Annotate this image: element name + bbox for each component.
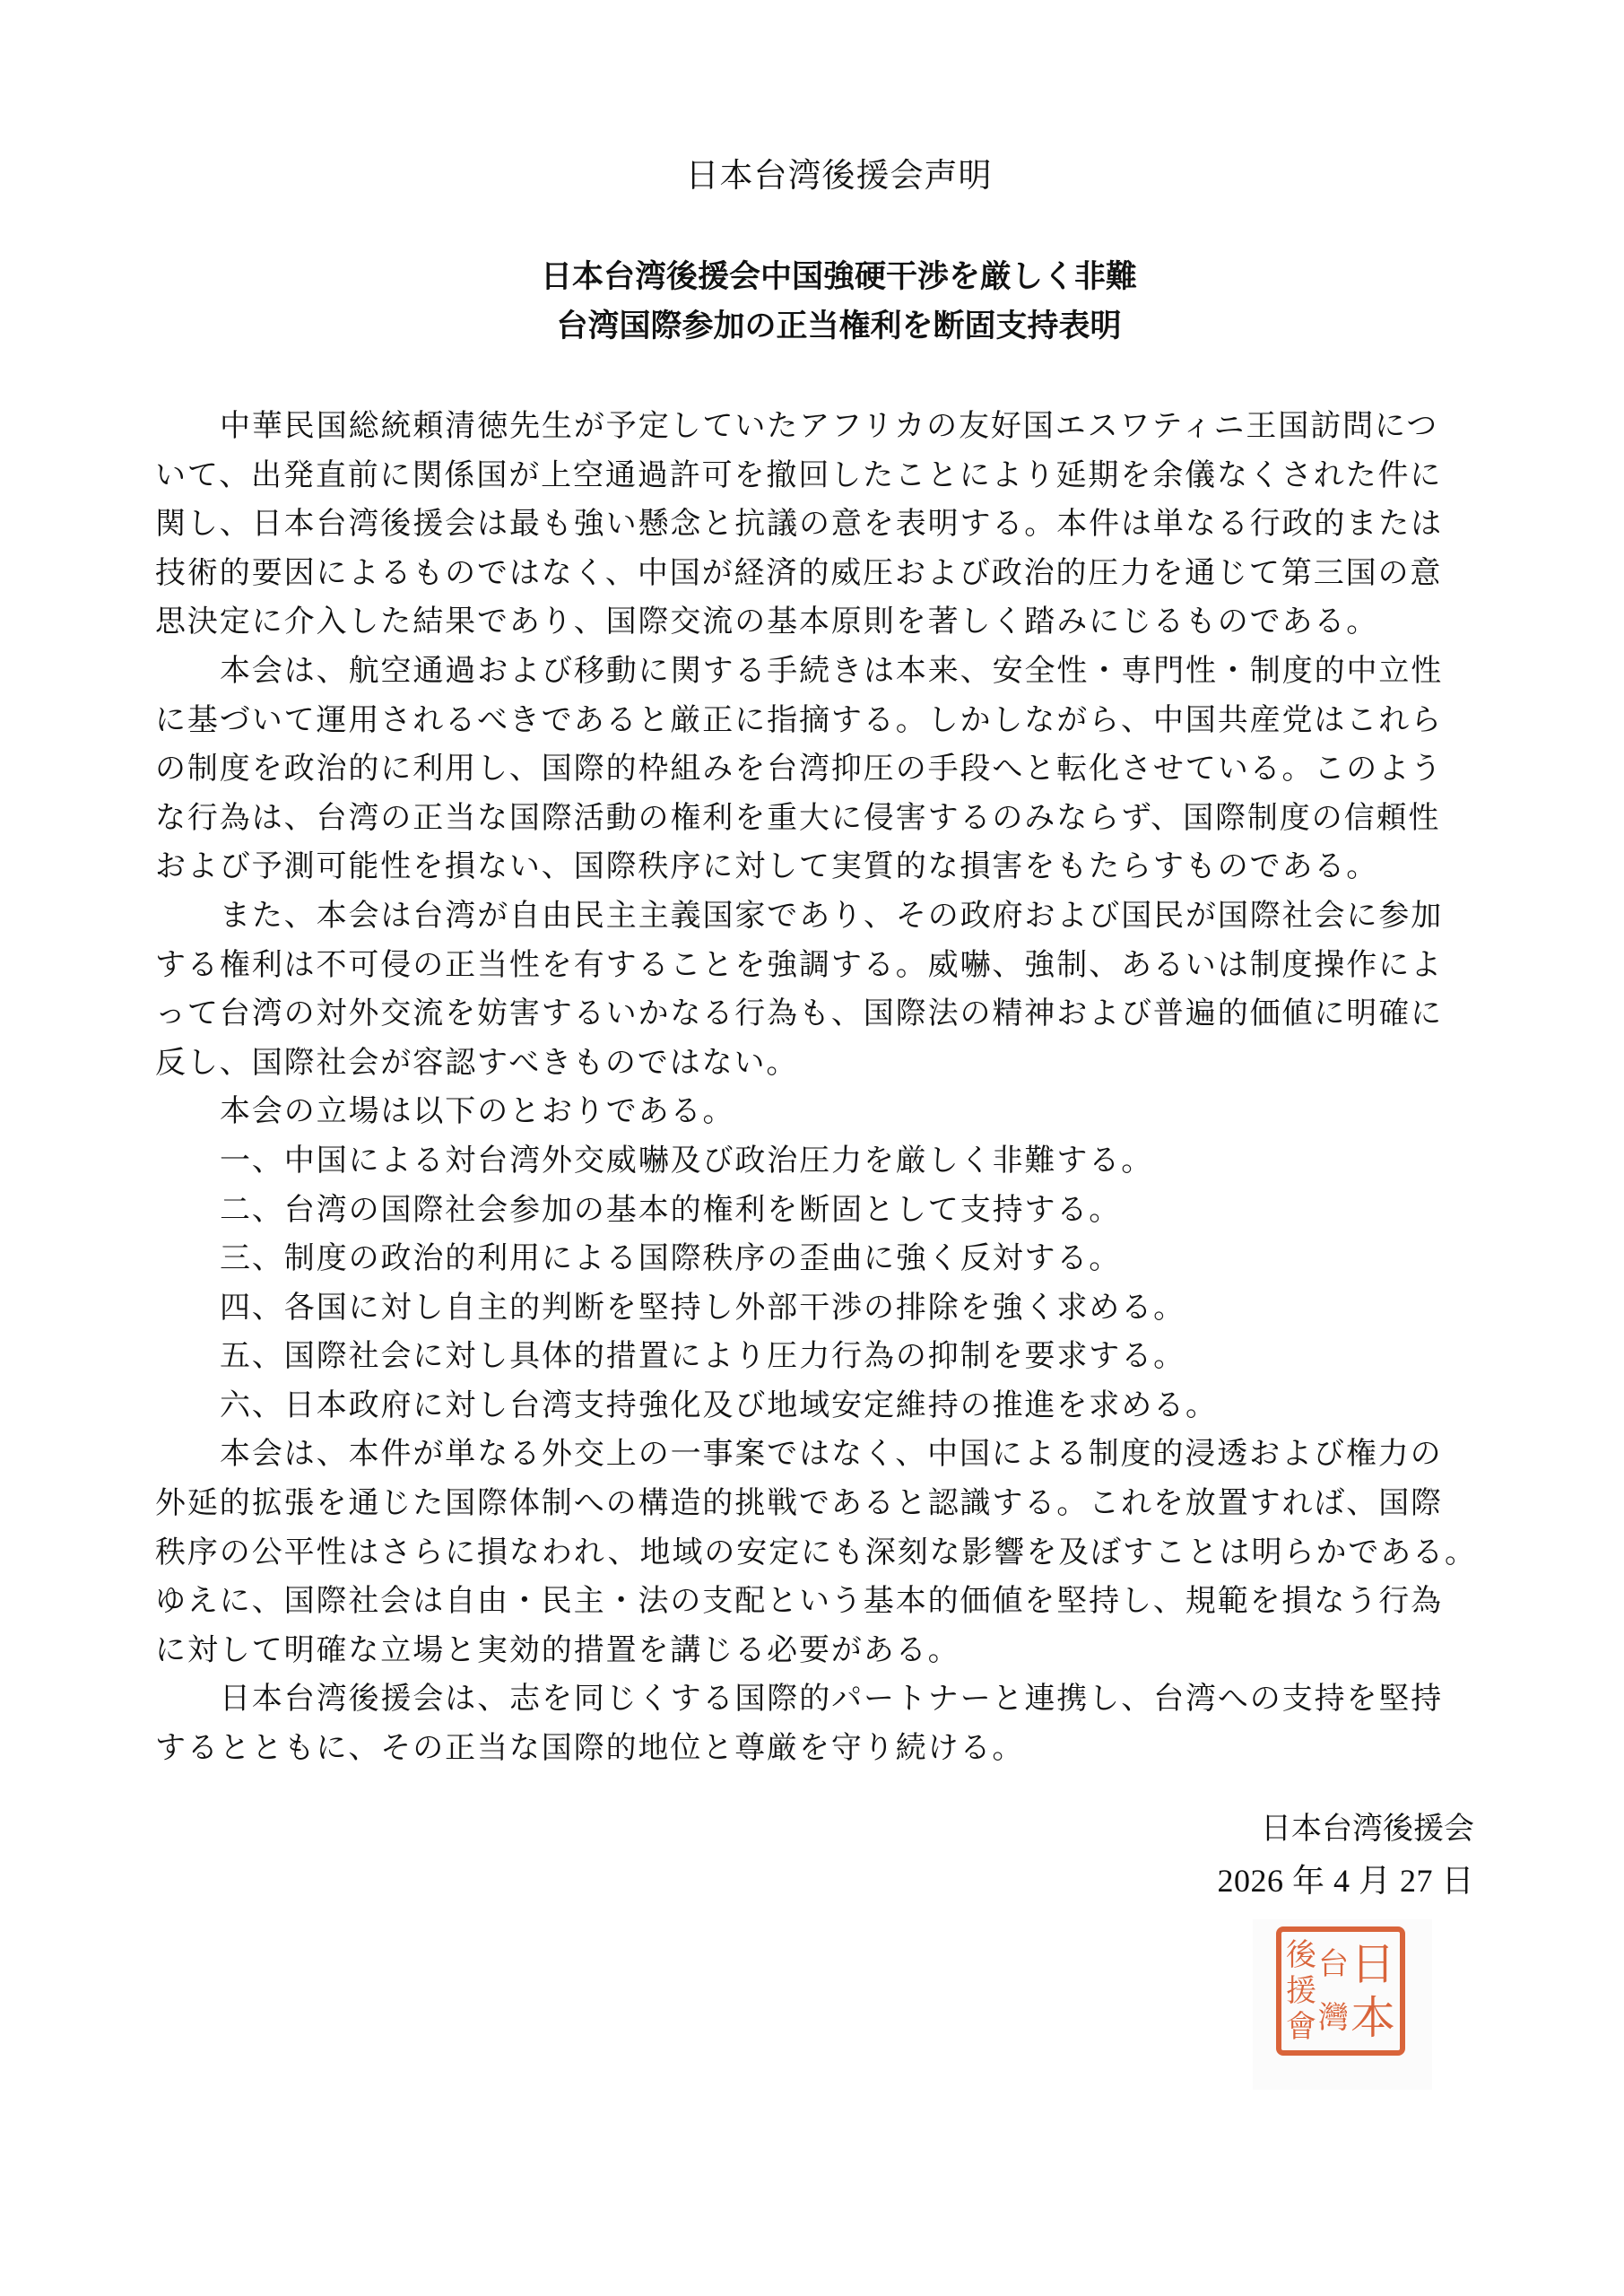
paragraph-5-line-3: 秩序の公平性はさらに損なわれ、地域の安定にも深刻な影響を及ぼすことは明らかである…: [155, 1528, 1473, 1578]
paragraph-5-line-2: 外延的拡張を通じた国際体制への構造的挑戦であると認識する。これを放置すれば、国際: [155, 1479, 1473, 1528]
paragraph-2-line-4: な行為は、台湾の正当な国際活動の権利を重大に侵害するのみならず、国際制度の信頼性: [155, 794, 1473, 843]
paragraph-1-line-3: 関し、日本台湾後援会は最も強い懸念と抗議の意を表明する。本件は単なる行政的または: [155, 500, 1473, 549]
seal-column-1: 日 本: [1350, 1937, 1395, 2045]
position-intro: 本会の立場は以下のとおりである。: [155, 1087, 1473, 1136]
seal-char: 灣: [1318, 2002, 1349, 2034]
paragraph-2-line-2: に基づいて運用されるべきであると厳正に指摘する。しかしながら、中国共産党はこれら: [155, 696, 1473, 745]
paragraph-1-line-5: 思決定に介入した結果であり、国際交流の基本原則を著しく踏みにじるものである。: [155, 597, 1473, 647]
subtitle-line-1: 日本台湾後援会中国強硬干渉を厳しく非難: [27, 253, 1624, 302]
seal-char: 本: [1350, 1992, 1395, 2044]
signature-date: 2026 年 4 月 27 日: [1217, 1855, 1474, 1907]
paragraph-1-line-2: いて、出発直前に関係国が上空通過許可を撤回したことにより延期を余儀なくされた件に: [155, 451, 1473, 500]
paragraph-6-line-2: するとともに、その正当な国際的地位と尊厳を守り続ける。: [155, 1724, 1473, 1773]
paragraph-3-line-1: また、本会は台湾が自由民主主義国家であり、その政府および国民が国際社会に参加: [155, 891, 1473, 941]
paragraph-2-line-1: 本会は、航空通過および移動に関する手続きは本来、安全性・専門性・制度的中立性: [155, 647, 1473, 696]
document-page: 日本台湾後援会声明 日本台湾後援会中国強硬干渉を厳しく非難 台湾国際参加の正当権…: [0, 0, 1624, 2296]
position-item-1: 一、中国による対台湾外交威嚇及び政治圧力を厳しく非難する。: [155, 1136, 1473, 1186]
position-item-4: 四、各国に対し自主的判断を堅持し外部干渉の排除を強く求める。: [155, 1283, 1473, 1333]
paragraph-5-line-5: に対して明確な立場と実効的措置を講じる必要がある。: [155, 1626, 1473, 1675]
seal-char: 援: [1286, 1975, 1316, 2007]
seal-char: 後: [1286, 1939, 1316, 1971]
paragraph-5-line-1: 本会は、本件が単なる外交上の一事案ではなく、中国による制度的浸透および権力の: [155, 1430, 1473, 1479]
seal-char: 日: [1350, 1938, 1395, 1990]
signature-block: 日本台湾後援会 2026 年 4 月 27 日: [1217, 1803, 1474, 1907]
seal-char: 台: [1318, 1948, 1349, 1980]
position-item-2: 二、台湾の国際社会参加の基本的権利を断固として支持する。: [155, 1186, 1473, 1235]
seal-column-2: 台 灣: [1318, 1937, 1349, 2045]
paragraph-1-line-1: 中華民国総統頼清徳先生が予定していたアフリカの友好国エスワティニ王国訪問につ: [155, 402, 1473, 451]
paragraph-2-line-3: の制度を政治的に利用し、国際的枠組みを台湾抑圧の手段へと転化させている。このよう: [155, 744, 1473, 794]
seal-image: 日 本 台 灣 後 援 會: [1253, 1919, 1432, 2090]
paragraph-3-line-4: 反し、国際社会が容認すべきものではない。: [155, 1039, 1473, 1088]
paragraph-5-line-4: ゆえに、国際社会は自由・民主・法の支配という基本的価値を堅持し、規範を損なう行為: [155, 1577, 1473, 1626]
position-item-6: 六、日本政府に対し台湾支持強化及び地域安定維持の推進を求める。: [155, 1381, 1473, 1431]
position-item-5: 五、国際社会に対し具体的措置により圧力行為の抑制を要求する。: [155, 1332, 1473, 1381]
paragraph-1-line-4: 技術的要因によるものではなく、中国が経済的威圧および政治的圧力を通じて第三国の意: [155, 549, 1473, 598]
paragraph-6-line-1: 日本台湾後援会は、志を同じくする国際的パートナーと連携し、台湾への支持を堅持: [155, 1674, 1473, 1724]
paragraph-3-line-3: って台湾の対外交流を妨害するいかなる行為も、国際法の精神および普遍的価値に明確に: [155, 989, 1473, 1039]
document-subtitle: 日本台湾後援会中国強硬干渉を厳しく非難 台湾国際参加の正当権利を断固支持表明: [27, 253, 1624, 352]
document-title: 日本台湾後援会声明: [27, 154, 1624, 197]
statement-body: 中華民国総統頼清徳先生が予定していたアフリカの友好国エスワティニ王国訪問につ い…: [155, 402, 1473, 1773]
seal-char: 會: [1286, 2011, 1316, 2043]
position-item-3: 三、制度の政治的利用による国際秩序の歪曲に強く反対する。: [155, 1234, 1473, 1283]
seal-column-3: 後 援 會: [1286, 1937, 1316, 2045]
paragraph-3-line-2: する権利は不可侵の正当性を有することを強調する。威嚇、強制、あるいは制度操作によ: [155, 941, 1473, 990]
signature-organization: 日本台湾後援会: [1217, 1803, 1474, 1855]
paragraph-2-line-5: および予測可能性を損ない、国際秩序に対して実質的な損害をもたらすものである。: [155, 842, 1473, 891]
subtitle-line-2: 台湾国際参加の正当権利を断固支持表明: [27, 302, 1624, 352]
organization-seal-stamp: 日 本 台 灣 後 援 會: [1276, 1926, 1405, 2056]
